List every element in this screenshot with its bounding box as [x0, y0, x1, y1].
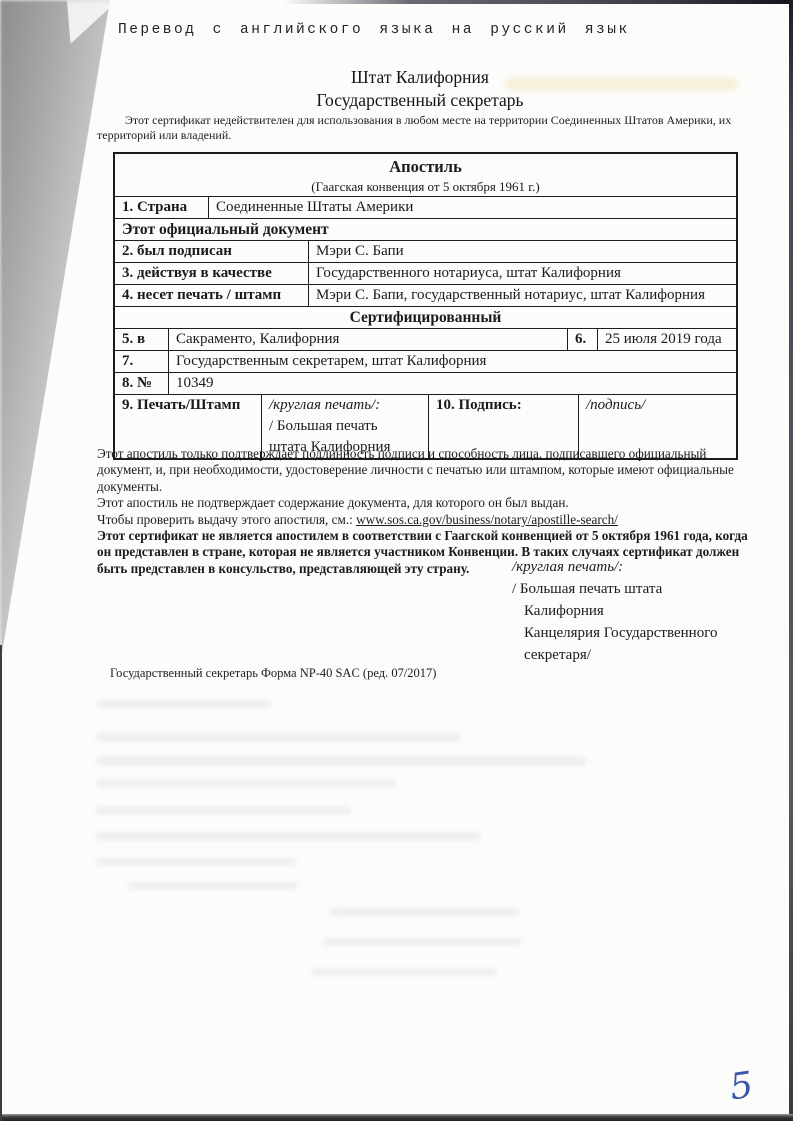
table-header: Апостиль (Гаагская конвенция от 5 октябр… — [115, 154, 736, 196]
scan-edge-top — [283, 0, 793, 4]
official-document-heading: Этот официальный документ — [115, 219, 736, 240]
form-reference: Государственный секретарь Форма NP-40 SA… — [110, 666, 436, 681]
signed-by-label: 2. был подписан — [115, 241, 308, 262]
acting-capacity-label: 3. действуя в качестве — [115, 263, 308, 284]
place-label: 5. в — [115, 329, 168, 350]
document-title: Штат Калифорния — [95, 66, 745, 89]
country-label: 1. Страна — [115, 197, 208, 218]
hague-convention-subtitle: (Гаагская конвенция от 5 октября 1961 г.… — [121, 178, 730, 195]
seal-transcription-line3: Калифорния — [512, 600, 717, 622]
ghost-text-smudge — [96, 700, 271, 708]
certified-by-value: Государственным секретарем, штат Калифор… — [168, 351, 736, 372]
note-verification: Чтобы проверить выдачу этого апостиля, с… — [97, 512, 749, 528]
note-content-disclaimer: Этот апостиль не подтверждает содержание… — [97, 495, 749, 511]
ghost-text-smudge — [128, 882, 298, 890]
table-section-official-document: Этот официальный документ — [115, 218, 736, 240]
ghost-text-smudge — [96, 832, 481, 841]
number-label: 8. № — [115, 373, 168, 394]
bears-seal-label: 4. несет печать / штамп — [115, 285, 308, 306]
scan-edge-bottom — [0, 1114, 793, 1121]
verification-url: www.sos.ca.gov/business/notary/apostille… — [356, 512, 618, 527]
table-header-row: Апостиль (Гаагская конвенция от 5 октябр… — [115, 154, 736, 196]
ghost-text-smudge — [96, 806, 351, 815]
bears-seal-value: Мэри С. Бапи, государственный нотариус, … — [308, 285, 736, 306]
document-title-block: Штат Калифорния Государственный секретар… — [95, 66, 745, 112]
signed-by-value: Мэри С. Бапи — [308, 241, 736, 262]
table-row-number: 8. № 10349 — [115, 372, 736, 394]
table-row-signed-by: 2. был подписан Мэри С. Бапи — [115, 240, 736, 262]
scanned-page: Перевод с английского языка на русский я… — [0, 0, 793, 1121]
scan-edge-right — [789, 0, 793, 1121]
ghost-text-smudge — [322, 938, 522, 946]
round-seal-transcription: /круглая печать/: / Большая печать штата… — [512, 556, 717, 666]
acting-capacity-value: Государственного нотариуса, штат Калифор… — [308, 263, 736, 284]
table-row-country: 1. Страна Соединенные Штаты Америки — [115, 196, 736, 218]
table-row-acting-capacity: 3. действуя в качестве Государственного … — [115, 262, 736, 284]
ghost-text-smudge — [96, 733, 461, 742]
table-section-certified: Сертифицированный — [115, 306, 736, 328]
certified-by-label: 7. — [115, 351, 168, 372]
translation-note: Перевод с английского языка на русский я… — [118, 22, 630, 38]
place-value: Сакраменто, Калифорния — [168, 329, 567, 350]
document-subtitle: Государственный секретарь — [95, 89, 745, 112]
ghost-text-smudge — [96, 858, 296, 866]
table-row-bears-seal: 4. несет печать / штамп Мэри С. Бапи, го… — [115, 284, 736, 306]
note-authenticity: Этот апостиль только подтверждает подлин… — [97, 446, 749, 495]
date-value: 25 июля 2019 года — [597, 329, 736, 350]
seal-transcription-line4: Канцелярия Государственного — [512, 622, 717, 644]
certified-heading: Сертифицированный — [115, 307, 736, 328]
number-value: 10349 — [168, 373, 736, 394]
table-row-certified-by: 7. Государственным секретарем, штат Кали… — [115, 350, 736, 372]
handwritten-page-number: 5 — [727, 1065, 755, 1109]
seal-note-line1: /круглая печать/: — [269, 395, 421, 416]
scan-edge-left — [0, 645, 2, 1121]
apostille-table: Апостиль (Гаагская конвенция от 5 октябр… — [113, 152, 738, 460]
seal-transcription-line2: / Большая печать штата — [512, 578, 717, 600]
ghost-text-smudge — [330, 908, 520, 916]
seal-note-line2: / Большая печать — [269, 416, 421, 437]
apostille-title: Апостиль — [121, 156, 730, 178]
table-row-place-date: 5. в Сакраменто, Калифорния 6. 25 июля 2… — [115, 328, 736, 350]
verification-prefix: Чтобы проверить выдачу этого апостиля, с… — [97, 512, 356, 527]
validity-disclaimer: Этот сертификат недействителен для испол… — [97, 113, 747, 143]
date-label: 6. — [567, 329, 597, 350]
ghost-text-smudge — [96, 756, 586, 766]
ghost-text-smudge — [96, 779, 396, 787]
country-value: Соединенные Штаты Америки — [208, 197, 736, 218]
seal-transcription-line5: секретаря/ — [512, 644, 717, 666]
ghost-text-smudge — [312, 968, 497, 976]
seal-transcription-line1: /круглая печать/: — [512, 556, 717, 578]
